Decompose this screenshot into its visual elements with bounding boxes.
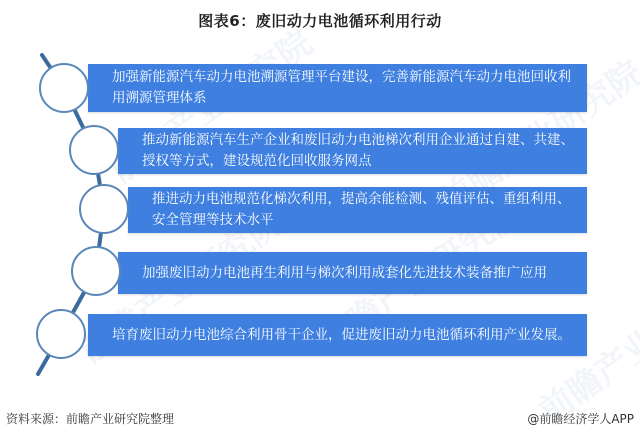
action-item-3: 推进动力电池规范化梯次利用，提高余能检测、残值评估、重组利用、安全管理等技术水平 [128,187,587,233]
source-note: 资料来源：前瞻产业研究院整理 [6,410,174,427]
action-item-2: 推动新能源汽车生产企业和废旧动力电池梯次利用企业通过自建、共建、授权等方式，建设… [118,128,587,174]
action-item-text: 加强废旧动力电池再生利用与梯次利用成套化先进技术装备推广应用 [142,263,547,284]
action-item-text: 培育废旧动力电池综合利用骨干企业，促进废旧动力电池循环利用产业发展。 [112,325,571,346]
action-item-text: 加强新能源汽车动力电池溯源管理平台建设，完善新能源汽车动力电池回收利用溯源管理体… [112,67,579,109]
action-item-4: 加强废旧动力电池再生利用与梯次利用成套化先进技术装备推广应用 [118,252,587,294]
circle-marker-3 [79,184,129,234]
action-item-text: 推进动力电池规范化梯次利用，提高余能检测、残值评估、重组利用、安全管理等技术水平 [152,189,579,231]
action-item-5: 培育废旧动力电池综合利用骨干企业，促进废旧动力电池循环利用产业发展。 [88,314,587,356]
circle-marker-1 [39,63,89,113]
credit-note: @前瞻经济学人APP [527,410,634,427]
circle-marker-5 [36,309,86,359]
circle-marker-4 [71,246,121,296]
circle-marker-2 [69,125,119,175]
action-item-1: 加强新能源汽车动力电池溯源管理平台建设，完善新能源汽车动力电池回收利用溯源管理体… [88,64,587,112]
action-item-text: 推动新能源汽车生产企业和废旧动力电池梯次利用企业通过自建、共建、授权等方式，建设… [142,130,579,172]
